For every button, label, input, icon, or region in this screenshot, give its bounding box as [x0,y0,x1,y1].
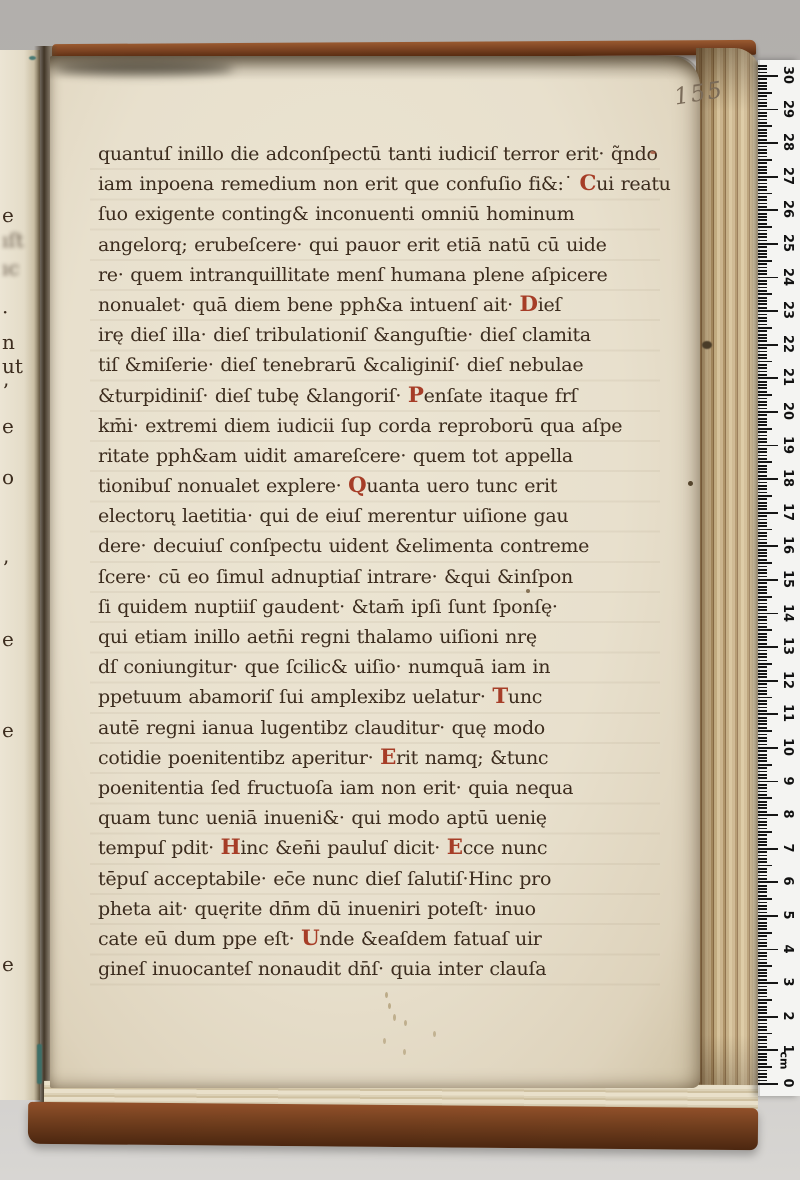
ruler-tick [758,855,767,857]
ruler-tick [758,767,767,769]
ruler-tick [758,529,772,531]
ruler-tick [758,878,767,880]
ruler-tick [758,394,772,396]
ruler-tick [758,643,767,645]
ruler-tick [758,502,767,504]
ruler-tick [758,317,767,319]
ruler-tick [758,189,767,191]
ruler-tick [758,603,767,605]
ruler-tick [758,918,767,920]
ruler-tick [758,750,767,752]
ruler-tick [758,861,767,863]
ruler-tick [758,68,767,70]
ruler-tick [758,135,767,137]
ruler-tick [758,650,767,652]
ruler-tick [758,969,767,971]
ruler-tick [758,962,767,964]
ruler-tick [758,596,772,598]
ruler-tick [758,566,767,568]
ruler-tick [758,680,778,682]
ruler-number: 9 [779,772,797,790]
rubricated-initial: U [301,926,319,951]
ruler-tick [758,1012,767,1014]
ruler-tick [758,367,767,369]
ruler-tick [758,142,778,144]
ruler-tick [758,670,767,672]
ruler-tick [758,821,767,823]
ruler-tick [758,226,772,228]
ruler-tick [758,737,767,739]
ruler-tick [758,683,767,685]
ruler-number: 14 [779,604,797,622]
ruler-tick [758,401,767,403]
ruler-tick [758,361,772,363]
ruler-tick [758,179,767,181]
ruler-tick [758,979,767,981]
facing-page-text-fragment: e [2,414,14,438]
ruler-tick [758,340,767,342]
manuscript-line: cate eū dum ppe eſt· Unde &eaſdem fatuaſ… [98,924,663,954]
ruler-tick [758,199,767,201]
ruler-tick [758,240,767,242]
manuscript-page: 155 quantuſ inillo die adconſpectū tanti… [50,56,700,1088]
ruler-tick [758,747,778,749]
fore-edge-blemish [702,341,712,349]
manuscript-line: angelorq; erubeſcere· qui pauor erit eti… [98,230,663,260]
ruler-number: 3 [779,973,797,991]
ruler-tick [758,562,772,564]
ruler-tick [758,586,767,588]
manuscript-text: ſuo exigente conting& inconuenti omniū h… [98,203,574,225]
manuscript-text: irę dieſ illa· dieſ tribulationiſ &anguſ… [98,324,591,346]
facing-page-text-fragment: ʼ [2,556,8,580]
ruler-tick [758,723,767,725]
manuscript-text: inc &en̄i pauluſ dicit· [240,837,446,859]
ruler-tick [758,219,767,221]
ruler-tick [758,734,767,736]
manuscript-line: nonualet· quā diem bene pph&a intuenſ ai… [98,290,663,320]
ruler-tick [758,461,772,463]
ruler-tick [758,730,772,732]
ruler-tick [758,639,767,641]
ruler-tick [758,468,767,470]
ruler-tick [758,700,767,702]
ruler-tick [758,159,772,161]
ruler-number: 15 [779,570,797,588]
ruler-tick [758,955,767,957]
ruler-tick [758,636,767,638]
ruler-tick [758,814,778,816]
ruler-tick [758,414,767,416]
ruler-tick [758,1063,767,1065]
ruler-tick [758,495,772,497]
ruler-tick [758,891,767,893]
ruler-tick [758,740,767,742]
ruler-tick [758,263,767,265]
manuscript-text: ui reatu [596,173,670,195]
ruler-tick [758,431,767,433]
ruler-tick [758,492,767,494]
ruler-tick [758,498,767,500]
manuscript-line: electorų laetitia· qui de eiuſ merentur … [98,501,663,531]
rubricated-initial: E [447,835,463,860]
ruler-tick [758,898,772,900]
manuscript-line: ritate pph&am uidit amareſcere· quem tot… [98,441,663,471]
ruler-tick [758,908,767,910]
ruler-tick [758,771,767,773]
ruler-tick [758,435,767,437]
manuscript-text: nde &eaſdem fatuaſ uir [319,928,541,950]
ruler-tick [758,377,778,379]
manuscript-text: ſi quidem nuptiiſ gaudent· &tam̄ ipſi ſu… [98,596,558,618]
ruler-tick [758,448,767,450]
manuscript-line: gineſ inuocanteſ nonaudit dn̄ſ· quia int… [98,954,663,984]
ruler-tick [758,347,767,349]
ruler-number: 0 [779,1074,797,1092]
ruler-number: 18 [779,469,797,487]
ruler-tick [758,626,767,628]
ruler-tick [758,589,767,591]
ruler-tick [758,629,772,631]
ink-speck [404,1020,407,1026]
ruler-tick [758,458,767,460]
ruler-tick [758,280,767,282]
manuscript-text: iam inpoena remedium non erit que confuſ… [98,173,580,195]
ruler-tick [758,203,767,205]
ink-speck [393,1014,396,1021]
ruler-tick [758,902,767,904]
ruler-tick [758,801,767,803]
ruler-tick [758,1006,767,1008]
facing-page-text-fragment: e [2,952,14,976]
ruler-tick [758,787,767,789]
ruler-tick [758,932,772,934]
manuscript-text: km̄i· extremi diem iudicii ſup corda rep… [98,415,622,437]
ruler-tick [758,424,767,426]
ruler-tick [758,831,772,833]
ruler-tick [758,1019,767,1021]
ruler-tick [758,314,767,316]
ink-speck [526,589,530,593]
ruler-tick [758,465,767,467]
manuscript-text: uanta uero tunc erit [366,475,557,497]
book-cover-bottom-edge [28,1102,758,1150]
facing-page-text-fragment: e [2,203,14,227]
ink-speck [650,151,656,154]
ruler-tick [758,293,772,295]
ruler-number: 25 [779,234,797,252]
ruler-tick [758,411,778,413]
ruler-number: 22 [779,335,797,353]
manuscript-text: angelorq; erubeſcere· qui pauor erit eti… [98,234,607,256]
ruler-tick [758,75,778,77]
manuscript-line: ſcere· cū eo ſimul adnuptiaſ intrare· &q… [98,562,663,592]
manuscript-text: quantuſ inillo die adconſpectū tanti iud… [98,143,658,165]
manuscript-text: cate eū dum ppe eſt· [98,928,301,950]
manuscript-line: tionibuſ nonualet explere· Quanta uero t… [98,471,663,501]
ruler-tick [758,569,767,571]
ruler-tick [758,115,767,117]
manuscript-text: nonualet· quā diem bene pph&a intuenſ ai… [98,294,520,316]
ruler-tick [758,559,767,561]
ruler-tick [758,1029,767,1031]
ruler-tick [758,176,778,178]
ruler-tick [758,156,767,158]
ruler-tick [758,666,767,668]
ruler-tick [758,707,767,709]
ruler-number: 12 [779,671,797,689]
manuscript-text: tempuſ pdit· [98,837,221,859]
facing-page-text-fragment: n [2,330,15,354]
ruler-tick [758,85,767,87]
ruler-tick [758,606,767,608]
ruler-tick [758,1039,767,1041]
ruler-tick [758,609,767,611]
manuscript-text: pheta ait· quęrite dn̄m dū inueniri pote… [98,898,536,920]
ruler-number: 13 [779,637,797,655]
ruler-tick [758,687,767,689]
ruler-tick [758,592,767,594]
ruler-tick [758,122,767,124]
ruler-tick [758,982,778,984]
ruler-tick [758,660,767,662]
ruler-number: 16 [779,536,797,554]
ruler-tick [758,542,767,544]
ruler-tick [758,576,767,578]
ruler-tick [758,270,767,272]
ruler-tick [758,172,767,174]
ruler-tick [758,193,772,195]
manuscript-line: quam tunc ueniā inueni&· qui modo aptū u… [98,803,663,833]
ruler-tick [758,418,767,420]
ruler-tick [758,690,767,692]
ruler-tick [758,337,767,339]
manuscript-line: km̄i· extremi diem iudicii ſup corda rep… [98,411,663,441]
ruler-tick [758,555,767,557]
ruler-tick [758,764,772,766]
ruler-tick [758,351,767,353]
ruler-tick [758,720,767,722]
ruler-tick [758,925,767,927]
manuscript-text: ritate pph&am uidit amareſcere· quem tot… [98,445,573,467]
ruler-tick [758,505,767,507]
gutter-thread [37,1044,42,1084]
manuscript-text: dſ coniungitur· que ſcilic& uiſio· numqu… [98,656,550,678]
ruler-tick [758,888,767,890]
manuscript-line: dſ coniungitur· que ſcilic& uiſio· numqu… [98,652,663,682]
ruler-tick [758,871,767,873]
ruler-tick [758,532,767,534]
ruler-tick [758,999,772,1001]
ruler-tick [758,757,767,759]
ruler-tick [758,519,767,521]
ruler-tick [758,754,767,756]
ruler-tick [758,942,767,944]
ruler-tick [758,828,767,830]
ruler-tick [758,273,767,275]
ink-speck [433,1031,436,1037]
ruler-tick [758,807,767,809]
ruler-tick [758,1036,767,1038]
ruler-number: 23 [779,301,797,319]
rubricated-initial: H [221,835,241,860]
manuscript-line: re· quem intranquillitate menſ humana pl… [98,260,663,290]
ruler-tick [758,421,767,423]
ruler-tick [758,125,772,127]
ruler-tick [758,88,767,90]
ruler-tick [758,1023,767,1025]
ruler-tick [758,213,767,215]
ruler-tick [758,391,767,393]
ruler-tick [758,881,778,883]
rubricated-initial: D [520,292,538,317]
manuscript-line: ppetuum abamoriſ ſui amplexibz uelatur· … [98,682,663,712]
ruler-tick [758,92,772,94]
ruler-tick [758,300,767,302]
ruler-tick [758,236,767,238]
ruler-tick [758,256,767,258]
ruler-tick [758,129,767,131]
ruler-tick [758,1056,767,1058]
ruler-tick [758,1053,767,1055]
ruler-tick [758,488,767,490]
ruler-tick [758,398,767,400]
ruler-tick [758,834,767,836]
ruler-tick [758,851,767,853]
manuscript-text: ieſ [538,294,561,316]
ruler-tick [758,1083,778,1085]
ruler-tick [758,824,767,826]
ruler-tick [758,152,767,154]
ruler-number: 28 [779,133,797,151]
manuscript-line: irę dieſ illa· dieſ tribulationiſ &anguſ… [98,320,663,350]
manuscript-text: dere· decuiuſ conſpectu uident &elimenta… [98,535,589,557]
ruler-tick [758,105,767,107]
ruler-tick [758,357,767,359]
ruler-tick [758,1070,767,1072]
ruler-tick [758,935,767,937]
manuscript-text: tiſ &miſerie· dieſ tenebrarū &caliginiſ·… [98,354,583,376]
ruler-tick [758,334,767,336]
ruler-tick [758,445,778,447]
ruler-tick [758,119,767,121]
ruler-tick [758,633,767,635]
manuscript-text: ſcere· cū eo ſimul adnuptiaſ intrare· &q… [98,566,573,588]
ruler-number: 30 [779,66,797,84]
ruler-tick [758,539,767,541]
ruler-tick [758,230,767,232]
ruler-tick [758,727,767,729]
ruler-tick [758,1076,767,1078]
ruler-number: 21 [779,368,797,386]
text-block: quantuſ inillo die adconſpectū tanti iud… [98,139,663,984]
ruler-tick [758,838,767,840]
ruler-tick [758,895,767,897]
ruler-tick [758,112,767,114]
ruler-number: 4 [779,940,797,958]
manuscript-text: autē regni ianua lugentibz clauditur· qu… [98,717,545,739]
manuscript-line: poenitentia ſed fructuoſa iam non erit· … [98,773,663,803]
ruler-tick [758,428,772,430]
manuscript-text: quam tunc ueniā inueni&· qui modo aptū u… [98,807,547,829]
ruler-tick [758,166,767,168]
ruler-tick [758,1016,778,1018]
ruler-tick [758,324,767,326]
ruler-tick [758,959,767,961]
ruler-tick [758,408,767,410]
ruler-tick [758,572,767,574]
ruler-tick [758,384,767,386]
ruler-tick [758,579,778,581]
ruler-tick [758,95,767,97]
ruler-tick [758,599,767,601]
ruler-tick [758,623,767,625]
manuscript-text: qui etiam inillo aetn̄i regni thalamo ui… [98,626,537,648]
ruler-tick [758,710,767,712]
manuscript-text: ppetuum abamoriſ ſui amplexibz uelatur· [98,686,492,708]
ruler-tick [758,344,778,346]
ruler-number: 26 [779,200,797,218]
ruler-tick [758,653,767,655]
ink-speck [383,1038,386,1044]
manuscript-line: cotidie poenitentibz aperitur· Erit namq… [98,743,663,773]
manuscript-text: rit namq; &tunc [396,747,548,769]
ruler-tick [758,303,767,305]
rubricated-initial: Q [348,473,366,498]
ruler-number: 20 [779,402,797,420]
ruler-number: 27 [779,167,797,185]
ruler-tick [758,297,767,299]
manuscript-text: electorų laetitia· qui de eiuſ merentur … [98,505,568,527]
ruler-tick [758,82,767,84]
ruler-tick [758,818,767,820]
ruler-tick [758,233,767,235]
ruler-tick [758,1043,767,1045]
ruler-tick [758,972,767,974]
facing-page-text-fragment: e [2,718,14,742]
ruler-tick [758,243,778,245]
ruler-tick [758,794,767,796]
ruler-tick [758,905,767,907]
ruler-tick [758,868,767,870]
ruler-tick [758,354,767,356]
ruler-tick [758,535,767,537]
rubricated-initial: E [380,745,396,770]
ruler-tick [758,196,767,198]
ruler-tick [758,844,767,846]
ruler-tick [758,912,767,914]
ruler-tick [758,186,767,188]
ruler-tick [758,676,767,678]
manuscript-line: autē regni ianua lugentibz clauditur· qu… [98,713,663,743]
ruler-number: 11 [779,704,797,722]
ruler-tick [758,986,767,988]
ruler-tick [758,996,767,998]
ruler-tick [758,65,767,67]
ruler-tick [758,209,778,211]
manuscript-text: cotidie poenitentibz aperitur· [98,747,380,769]
ruler-tick [758,327,772,329]
ruler-tick [758,290,767,292]
ruler-tick [758,885,767,887]
ruler-tick [758,619,767,621]
ruler-tick [758,922,767,924]
ruler-tick [758,875,767,877]
ruler-number: 8 [779,805,797,823]
ruler-tick [758,132,767,134]
ruler-tick [758,781,778,783]
ruler-tick [758,1026,767,1028]
